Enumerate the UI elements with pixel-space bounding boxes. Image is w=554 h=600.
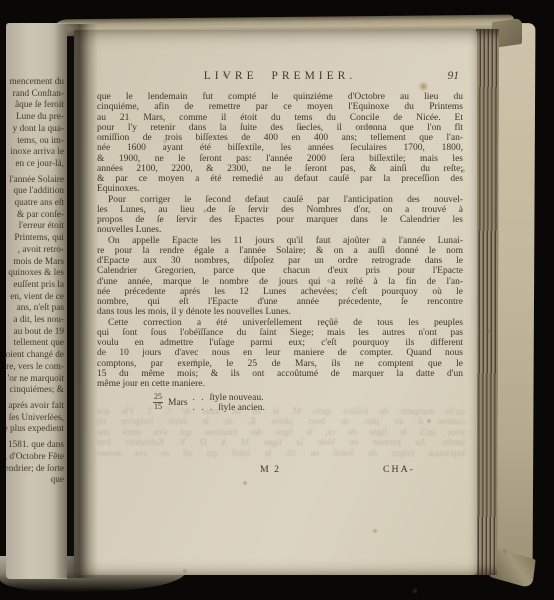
body-text: que le lendemain fut compté le quinziéme…: [97, 92, 463, 389]
left-page-text-line: ſes Univerſées,: [6, 413, 64, 425]
running-header: LIVRE PREMIER. 91: [97, 70, 463, 84]
left-page-text-line: que: [6, 475, 64, 487]
left-page-text-line: 'or ne marquoit: [6, 374, 64, 386]
text-line: On appelle Epacte les 11 jours qu'il fau…: [97, 236, 463, 246]
left-page-text-line: cinquiémes; &: [6, 385, 64, 397]
new-style-line: . . ſtyle nouveau.: [193, 393, 265, 403]
text-line: nouvelles Lunes.: [97, 225, 463, 235]
text-line: même jour en cette maniere.: [97, 379, 463, 389]
signature-row: M 2 CHA-: [97, 464, 463, 476]
text-line: voulu en admettre l'uſage parmi eux; c'e…: [97, 338, 463, 348]
text-line: dans tous les mois, il y dénote les nouv…: [97, 307, 463, 317]
bleedthrough-line: intelle. Au premier en Vede la ligne M A…: [97, 437, 465, 447]
text-line: qui ſont ſous l'obéïſſance du ſaint Sieg…: [97, 328, 463, 338]
left-page-text-line: tems, ou im-: [6, 136, 64, 148]
left-page-text-line: re, vers le com-: [6, 362, 64, 374]
bleedthrough-text: qu'ils marquent du ſolſtice aprés M. le …: [97, 406, 465, 458]
left-page-text-line: au bout de 19: [6, 327, 64, 339]
left-page-text-line: que l'addition: [6, 186, 64, 198]
text-line: re pour la rendre égale a l'année Solair…: [97, 246, 463, 256]
page-number: 91: [356, 70, 463, 82]
left-page-text-line: , d'Octobre Fête: [6, 452, 64, 464]
left-page-text-line: de plus expedient: [6, 424, 64, 436]
paper-specks: [74, 30, 76, 32]
bleedthrough-line: exprimant l'eſprit du Soleil en 10. le ſ…: [97, 448, 465, 458]
left-page-text-line: Printems, qui: [6, 233, 64, 245]
book-outer-edge: [496, 23, 536, 579]
text-line: comptons, par exemple, le 25 de Mars, il…: [97, 359, 463, 369]
left-page-text-line: l'année Solaire: [6, 175, 64, 187]
text-line: Pour corriger le ſecond defaut cauſé par…: [97, 195, 463, 205]
left-page-text-line: mencement du: [6, 77, 64, 89]
text-line: années 2100, 2200, & 2300, ne le ſeront …: [97, 164, 463, 174]
book-photograph: { "colors":{ "background":"#0a0807", "pa…: [0, 0, 554, 600]
text-line: née 1600 ayant été biſſextile, les année…: [97, 143, 463, 153]
signature-mark: M 2: [260, 464, 281, 475]
left-page-text-line: l'erreur étoit: [6, 221, 64, 233]
left-page-text-line: âque ſe feroit: [6, 100, 64, 112]
catchword: CHA-: [383, 464, 415, 475]
text-line: de 10 jours d'avec nous en leur maniere …: [97, 348, 463, 358]
left-page-text-line: endrier; de ſorte: [6, 464, 64, 476]
text-line: que le lendemain fut compté le quinziéme…: [97, 92, 463, 102]
left-page-text-line: & par conſe-: [6, 210, 64, 222]
text-line: les Lunes, au lieu de ſe ſervir des Nomb…: [97, 205, 463, 215]
book-page: LIVRE PREMIER. 91 que le lendemain fut c…: [74, 30, 477, 575]
text-line: & par ce moyen a été remedié au defaut c…: [97, 174, 463, 184]
text-line: omiſſion de trois biſſextes de 400 en 40…: [97, 133, 463, 143]
bleedthrough-line: vous qu'il ſe ſigne de ce, le ſigne des …: [97, 427, 465, 437]
book-fore-edge: [474, 29, 499, 575]
left-page-text-line: ans, n'eſt pas: [6, 303, 64, 315]
text-line: pour l'y retenir dans la ſuite des ſiecl…: [97, 123, 463, 133]
left-page-text-line: , avoit retro-: [6, 245, 64, 257]
text-line: 15 du même mois; & ils ont accoûtumé de …: [97, 369, 463, 379]
left-page-text-line: y dont la qua-: [6, 124, 64, 136]
text-line: d'une année, marque le nombre de jours q…: [97, 277, 463, 287]
text-line: Calendrier Gregorien, parce que chacun d…: [97, 266, 463, 276]
text-line: nombre, qui eſt l'Epacte d'une année pré…: [97, 297, 463, 307]
left-page-text-line: n 1581. que dans: [6, 440, 64, 452]
left-page-text-line: inoxe arriva le: [6, 147, 64, 159]
new-style-label: ſtyle nouveau.: [210, 393, 264, 403]
left-page-text-line: mois de Mars: [6, 257, 64, 269]
left-page-text-line: tellement que: [6, 338, 64, 350]
leader-dots: . .: [193, 393, 206, 403]
left-page-text-line: euſſent pris la: [6, 280, 64, 292]
bleedthrough-line: qu'ils marquent du ſolſtice aprés M. le …: [97, 406, 465, 416]
text-line: Cette correction a été univerſellement r…: [97, 318, 463, 328]
text-line: Equinoxes.: [97, 184, 463, 194]
left-page-text-line: quinoxes & les: [6, 268, 64, 280]
left-page-text-line: oient changé de: [6, 350, 64, 362]
bleedthrough-line: comme il en plus de leurs pleins R. de l…: [97, 416, 465, 426]
text-line: cinquiéme, afin de remettre par ce moyen…: [97, 102, 463, 112]
text-line: propos de ſe ſervir des Epactes pour mar…: [97, 215, 463, 225]
left-page-text-line: rand Conſtan-: [6, 89, 64, 101]
text-line: d'Epacte aux 30 nombres, diſpoſez par un…: [97, 256, 463, 266]
left-page-text-line: en ce jour-là,: [6, 159, 64, 171]
text-line: & 1900, ne le ſeront pas: l'année 2000 ſ…: [97, 154, 463, 164]
text-line: au 21 Mars, comme il étoit du tems du Co…: [97, 113, 463, 123]
left-page-text-line: quatre ans eſt: [6, 198, 64, 210]
left-page-text-line: en, vient de ce: [6, 292, 64, 304]
text-line: née précedente aprés les 12 Lunes achevé…: [97, 287, 463, 297]
left-page-text-line: Lune du pre-: [6, 112, 64, 124]
left-page-text: mencement durand Conſtan-âque ſe feroitL…: [6, 77, 64, 487]
left-page-text-line: a dit, les nou-: [6, 315, 64, 327]
text-block: LIVRE PREMIER. 91 que le lendemain fut c…: [97, 70, 463, 413]
book-section-title: LIVRE PREMIER.: [204, 70, 356, 82]
left-page-sliver: mencement durand Conſtan-âque ſe feroitL…: [6, 23, 67, 579]
left-page-text-line: I. aprés avoir fait: [6, 401, 64, 413]
